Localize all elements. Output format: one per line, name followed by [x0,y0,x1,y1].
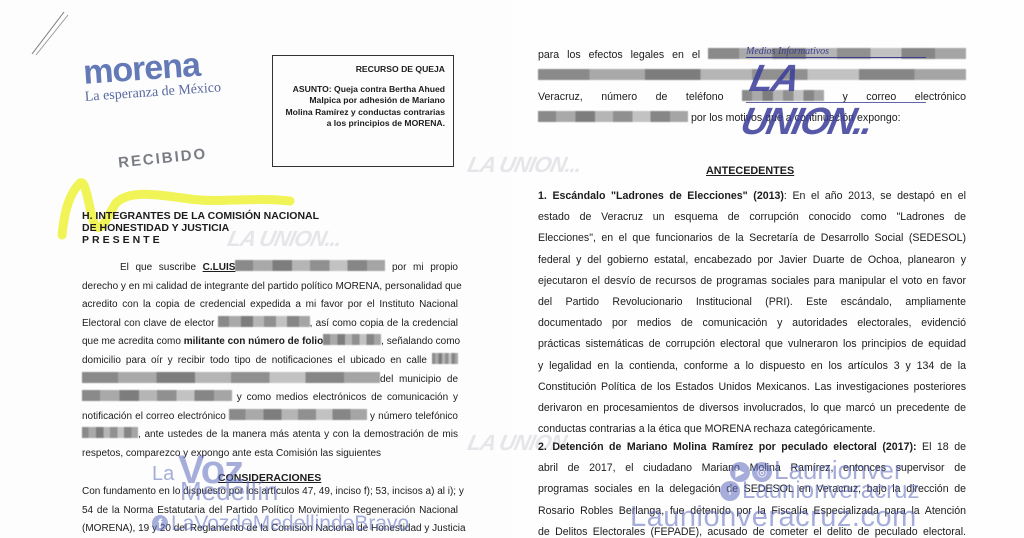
text-line: El que suscribe C.LUIS por mi propio [82,259,458,278]
addressee-line-1: H. INTEGRANTES DE LA COMISIÓN NACIONAL [82,210,319,222]
antecedent-2-paragraph: 2. Detención de Mariano Molina Ramírez p… [538,437,966,538]
redacted-name [235,260,385,271]
redacted-email [538,111,688,122]
complaint-type: RECURSO DE QUEJA [281,64,445,75]
text-line: 2. Detención de Mariano Molina Ramírez p… [538,437,966,458]
addressee-presente: PRESENTE [82,234,319,246]
redacted-folio [323,334,381,345]
text-line: abril de 2017, el ciudadano Mariano Moli… [538,458,966,479]
text-line: Elecciones", en el que funcionarios de l… [538,228,966,249]
redacted-phone [82,427,138,438]
text-line: Rosario Robles Berlanga, fue detenido po… [538,501,966,522]
text-line: acredito con la copia de credencial expe… [82,296,458,315]
redacted-phone [742,90,824,101]
redacted-address-line [538,69,966,80]
text-line: notificación el correo electrónico y núm… [82,408,458,427]
text-line: , ante ustedes de la manera más atenta y… [82,426,458,445]
document-page-left: morena La esperanza de México RECIBIDO R… [0,0,512,538]
redacted-address [708,48,966,59]
received-stamp: RECIBIDO [117,145,208,171]
text-line: ejecutaron el desvío de recursos de prog… [538,271,966,292]
text-line: federal y del gobierno estatal, encabeza… [538,250,966,271]
addressee-line-2: DE HONESTIDAD Y JUSTICIA [82,222,319,234]
text-line: derivaron en procesamientos de diversos … [538,398,966,419]
text-line: Veracruz, número de teléfono y correo el… [538,87,966,108]
antecedent-1-heading: 1. Escándalo "Ladrones de Elecciones" (2… [538,190,784,202]
intro-paragraph: El que suscribe C.LUIS por mi propio der… [82,259,458,464]
text-line [538,66,966,87]
text-line: Electoral con clave de elector , así com… [82,315,458,334]
redacted-address [82,372,380,383]
antecedent-2-heading: 2. Detención de Mariano Molina Ramírez p… [538,441,917,453]
redacted-voter-key [218,316,310,327]
redacted-street [432,353,458,364]
text-line: y legalidad en la contienda, conforme a … [538,356,966,377]
text-line: que me acredita como militante con númer… [82,333,458,352]
text-line: Con fundamento en lo dispuesto por los a… [82,483,458,502]
signer-name: C.LUIS [203,262,236,273]
addressee-block: H. INTEGRANTES DE LA COMISIÓN NACIONAL D… [82,210,319,246]
text-line: prácticas sistemáticas de corrupción ele… [538,334,966,355]
right-intro-paragraph: para los efectos legales en el Veracruz,… [538,45,966,129]
text-line: para los efectos legales en el [538,45,966,66]
text-line: 54 de la Norma Estatutaria del Partido P… [82,502,458,521]
text-line: respetos, comparezco y expongo ante esta… [82,445,458,464]
text-line: 1. Escándalo "Ladrones de Elecciones" (2… [538,186,966,207]
text-line: del municipio de [82,371,458,390]
text-line: (MORENA), 19 y 20 del Reglamento de la C… [82,520,458,538]
complaint-subject-box: RECURSO DE QUEJA ASUNTO: Queja contra Be… [272,55,454,167]
text-line: por los motivos que a continuación expon… [538,108,966,129]
text-line: derecho y en mi calidad de integrante de… [82,278,458,297]
text-line: estado de Veracruz un esquema de corrupc… [538,207,966,228]
text-line: y como medios electrónicos de comunicaci… [82,389,458,408]
text-line: del Partido Revolucionario Institucional… [538,292,966,313]
antecedentes-heading: ANTECEDENTES [706,165,794,177]
antecedent-1-paragraph: 1. Escándalo "Ladrones de Elecciones" (2… [538,186,966,440]
morena-logo: morena La esperanza de México [82,46,222,105]
text-line: domicilio para oír y recibir todo tipo d… [82,352,458,371]
text-line: de Delitos Electorales (FEPADE), acusado… [538,522,966,538]
redacted-email [229,409,367,420]
pen-stroke-mark [30,8,70,58]
text-line: Constitución Política de los Estados Uni… [538,377,966,398]
text-line: documentado por medios de comunicación y… [538,313,966,334]
redacted-municipality [82,390,232,401]
considerations-paragraph: Con fundamento en lo dispuesto por los a… [82,483,458,538]
complaint-subject: ASUNTO: Queja contra Bertha Ahued Malpic… [281,84,445,129]
text-line: programas sociales en la delegación de S… [538,479,966,500]
